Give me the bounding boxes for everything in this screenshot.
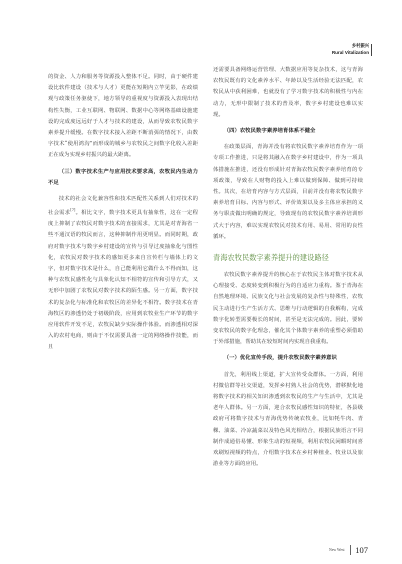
right-column: 还需要具备网络运营管理、大数据应用等复杂技术，这与青海农牧民既有的文化素养水平、… bbox=[213, 65, 363, 471]
running-header: 乡村振兴 Rural Vitalization bbox=[332, 44, 369, 56]
body-paragraph: 在政策层面，青海并没有将农牧民数字素养培育作为一项专项工作推进，只是将其融入在数… bbox=[213, 142, 363, 243]
section-label-en: Rural Vitalization bbox=[332, 50, 369, 56]
subheading: （一）优化宣传手段，提升农牧民数字素养意识 bbox=[213, 353, 363, 364]
section-title: 青海农牧民数字素养提升的建设路径 bbox=[213, 252, 363, 264]
body-paragraph: 技术的社会文化兼容性和技术匹配性关系到人们对技术的社会需求[7]。相比文字，数字… bbox=[48, 194, 198, 354]
body-paragraph: 的资金、人力和服务等资源投入整体不足。同时，由于硬件建设比软件建设（技术与人才）… bbox=[48, 72, 198, 162]
subheading: （三）数字技术生产与应用技术要求高，农牧民内生动力不足 bbox=[48, 167, 198, 189]
body-paragraph: 还需要具备网络运营管理、大数据应用等复杂技术，这与青海农牧民既有的文化素养水平、… bbox=[213, 65, 363, 121]
body-text: 。相比文字，数字技术更具有抽象性，这在一定程度上抑制了农牧民对数字技术的直接需求… bbox=[48, 210, 198, 350]
subheading: （四）农牧民数字素养培育体系不健全 bbox=[213, 126, 363, 137]
magazine-name: New West bbox=[329, 548, 345, 552]
left-column: 的资金、人力和服务等资源投入整体不足。同时，由于硬件建设比软件建设（技术与人才）… bbox=[48, 72, 198, 354]
footer-divider bbox=[350, 545, 351, 555]
page-number: 107 bbox=[355, 545, 368, 555]
body-paragraph: 农牧民数字素养提升的核心在于农牧民主体对数字技术从心理接受、态度转变到积极行为的… bbox=[213, 270, 363, 348]
page-footer: New West 107 bbox=[329, 545, 368, 555]
header-divider bbox=[371, 44, 372, 56]
body-paragraph: 首先，利用线上渠道，扩大宣传受众群体。一方面，利用村微信群等社交渠道，发挥乡村熟… bbox=[213, 370, 363, 471]
